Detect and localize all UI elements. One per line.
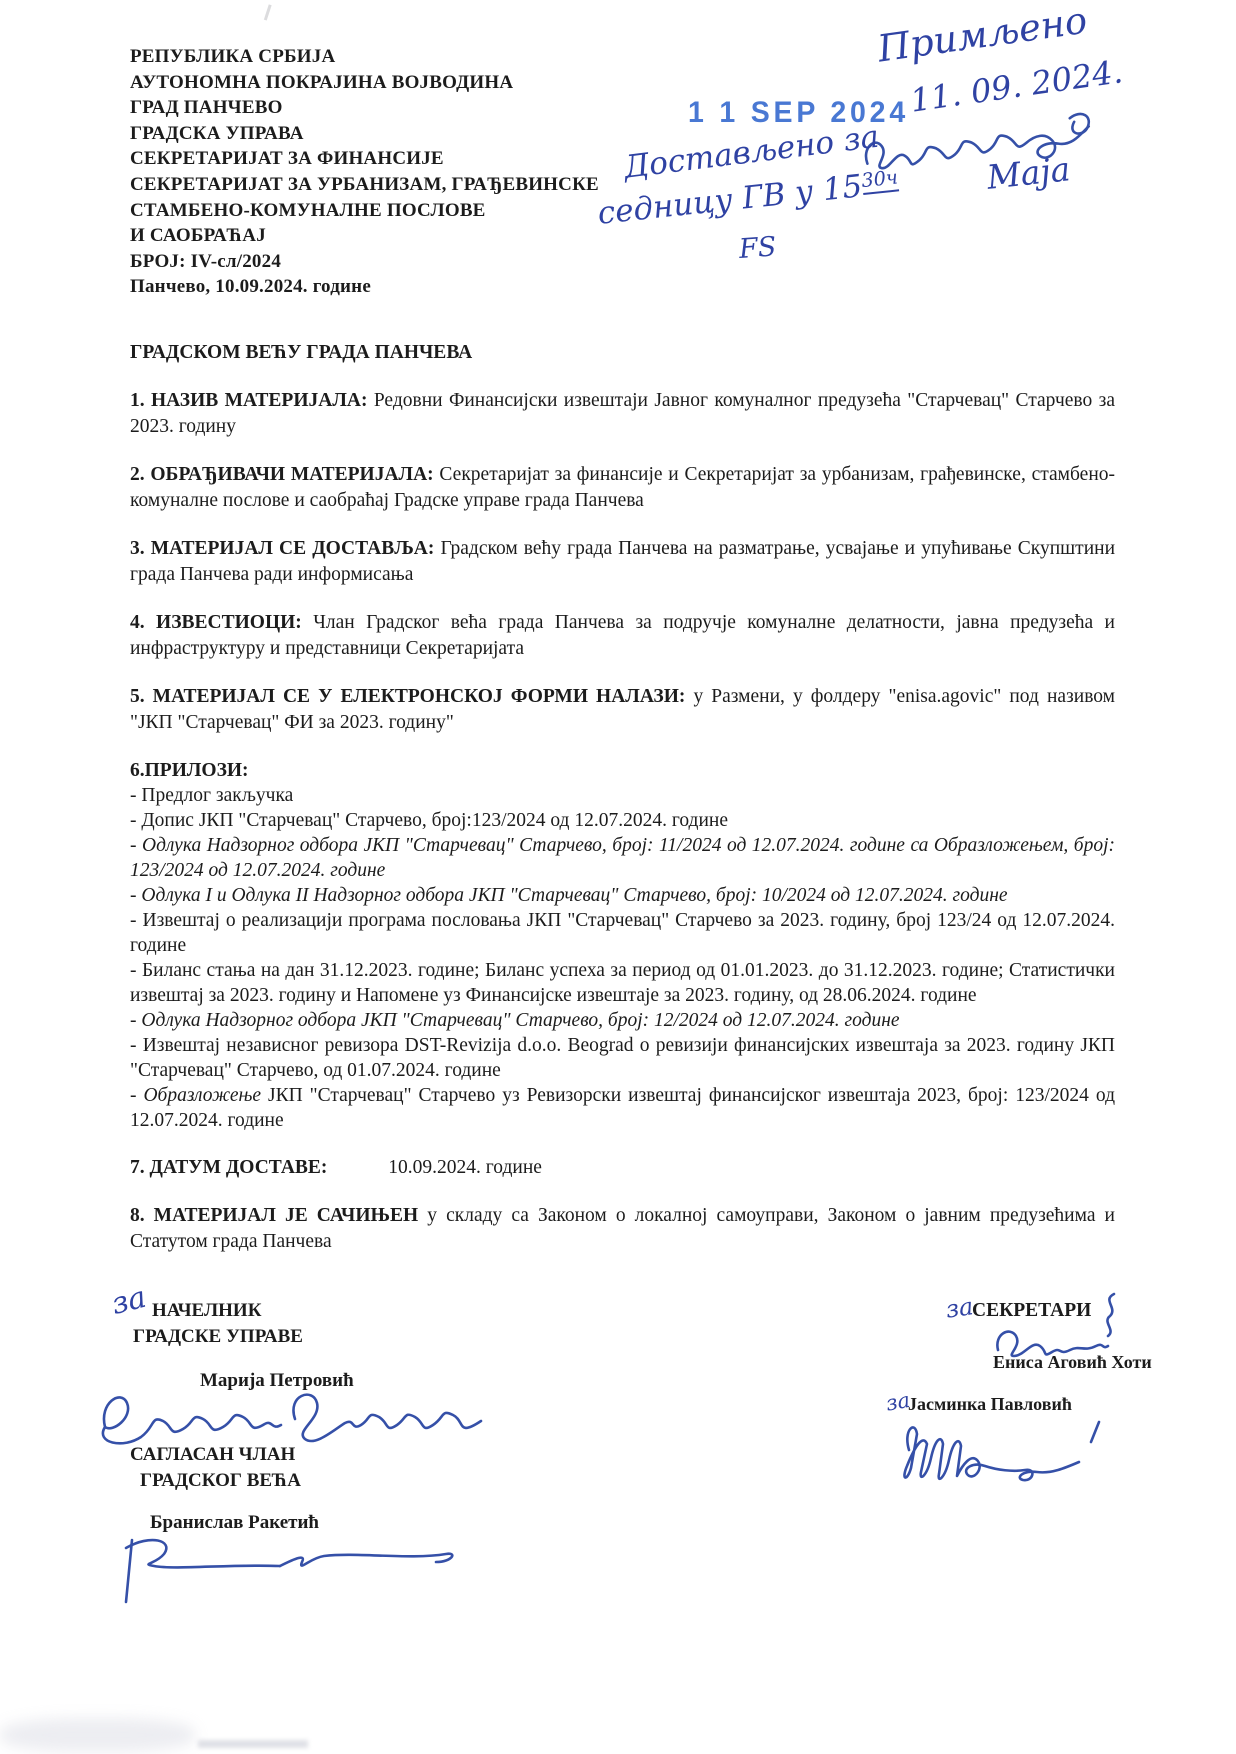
document-page: РЕПУБЛИКА СРБИЈА АУТОНОМНА ПОКРАЈИНА ВОЈ… [0, 0, 1236, 1754]
section-5: 5. МАТЕРИЈАЛ СЕ У ЕЛЕКТРОНСКОЈ ФОРМИ НАЛ… [130, 684, 1115, 736]
signature-jasminka-pavlovic [895, 1412, 1145, 1502]
signer-name-branislav-raketic: Бранислав Ракетић [150, 1512, 319, 1534]
attachment-item: - Одлука Надзорног одбора ЈКП "Старчевац… [130, 833, 1115, 883]
letterhead-line: АУТОНОМНА ПОКРАЈИНА ВОЈВОДИНА [130, 70, 599, 96]
letterhead: РЕПУБЛИКА СРБИЈА АУТОНОМНА ПОКРАЈИНА ВОЈ… [130, 44, 599, 300]
section-2: 2. ОБРАЂИВАЧИ МАТЕРИЈАЛА: Секретаријат з… [130, 462, 1115, 514]
attachment-item-rest: ЈКП "Старчевац" Старчево уз Ревизорски и… [130, 1085, 1115, 1131]
section-4-label: 4. ИЗВЕСТИОЦИ: [130, 612, 302, 633]
attachments-list: 6.ПРИЛОЗИ: - Предлог закључка - Допис ЈК… [130, 758, 1115, 1133]
section-8-label: 8. МАТЕРИЈАЛ ЈЕ САЧИЊЕН [130, 1205, 418, 1226]
signer-role-sekretari: СЕКРЕТАРИ [972, 1300, 1091, 1322]
attachment-item: - Предлог закључка [130, 783, 1115, 808]
section-7: 7. ДАТУМ ДОСТАВЕ: 10.09.2024. године [130, 1155, 1115, 1181]
signature-branislav-raketic [110, 1532, 470, 1612]
attachment-item-lead: - Образложење [130, 1085, 261, 1106]
attachment-item: - Биланс стања на дан 31.12.2023. године… [130, 958, 1115, 1008]
letterhead-line: СЕКРЕТАРИЈАТ ЗА УРБАНИЗАМ, ГРАЂЕВИНСКЕ [130, 172, 599, 198]
section-1: 1. НАЗИВ МАТЕРИЈАЛА: Редовни Финансијски… [130, 388, 1115, 440]
scan-smudge [0, 1718, 195, 1752]
attachment-item: - Образложење ЈКП "Старчевац" Старчево у… [130, 1083, 1115, 1133]
attachments-heading: 6.ПРИЛОЗИ: [130, 758, 1115, 783]
attachment-item: - Извештај независног ревизора DST-Reviz… [130, 1033, 1115, 1083]
signer-role-nachelnik: НАЧЕЛНИК [152, 1300, 261, 1322]
document-body: ГРАДСКОМ ВЕЋУ ГРАДА ПАНЧЕВА 1. НАЗИВ МАТ… [130, 340, 1115, 1277]
letterhead-line: БРОЈ: IV-сл/2024 [130, 249, 599, 275]
section-1-label: 1. НАЗИВ МАТЕРИЈАЛА: [130, 390, 367, 411]
letterhead-line: ГРАДСКА УПРАВА [130, 121, 599, 147]
handwritten-note-time: 30ч [860, 165, 899, 195]
letterhead-line: СЕКРЕТАРИЈАТ ЗА ФИНАНСИЈЕ [130, 146, 599, 172]
letterhead-line: ГРАД ПАНЧЕВО [130, 95, 599, 121]
section-7-label: 7. ДАТУМ ДОСТАВЕ: [130, 1157, 327, 1178]
attachment-item: - Одлука Надзорног одбора ЈКП "Старчевац… [130, 1008, 1115, 1033]
handwritten-za-sekretari: за [944, 1292, 975, 1324]
section-5-label: 5. МАТЕРИЈАЛ СЕ У ЕЛЕКТРОНСКОЈ ФОРМИ НАЛ… [130, 686, 685, 707]
handwritten-note-initials: FS [738, 231, 777, 265]
handwritten-za-nachelnik: за [108, 1280, 150, 1322]
attachment-item: - Допис ЈКП "Старчевац" Старчево, број:1… [130, 808, 1115, 833]
section-8: 8. МАТЕРИЈАЛ ЈЕ САЧИЊЕН у складу са Зако… [130, 1203, 1115, 1255]
signer-role-gradske-uprave: ГРАДСКЕ УПРАВЕ [133, 1326, 303, 1348]
letterhead-line: Панчево, 10.09.2024. године [130, 274, 599, 300]
attachment-item: - Одлука I и Одлука II Надзорног одбора … [130, 883, 1115, 908]
section-2-label: 2. ОБРАЂИВАЧИ МАТЕРИЈАЛА: [130, 464, 434, 485]
signer-name-enisa-agovic-hoti: Ениса Аговић Хоти [993, 1352, 1152, 1373]
page-title: ГРАДСКОМ ВЕЋУ ГРАДА ПАНЧЕВА [130, 340, 1115, 366]
attachment-item: - Извештај о реализацији програма послов… [130, 908, 1115, 958]
letterhead-line: РЕПУБЛИКА СРБИЈА [130, 44, 599, 70]
section-7-value: 10.09.2024. године [388, 1157, 542, 1178]
signer-role-gradskog-veca: ГРАДСКОГ ВЕЋА [140, 1470, 301, 1492]
scan-smudge [198, 1740, 308, 1748]
scan-artifact [264, 4, 281, 23]
signer-role-saglasan-clan: САГЛАСАН ЧЛАН [130, 1444, 295, 1466]
section-3: 3. МАТЕРИЈАЛ СЕ ДОСТАВЉА: Градском већу … [130, 536, 1115, 588]
section-4: 4. ИЗВЕСТИОЦИ: Члан Градског већа града … [130, 610, 1115, 662]
section-3-label: 3. МАТЕРИЈАЛ СЕ ДОСТАВЉА: [130, 538, 434, 559]
letterhead-line: СТАМБЕНО-КОМУНАЛНЕ ПОСЛОВЕ [130, 198, 599, 224]
handwritten-received-name: Маја [985, 149, 1072, 197]
letterhead-line: И САОБРАЋАЈ [130, 223, 599, 249]
